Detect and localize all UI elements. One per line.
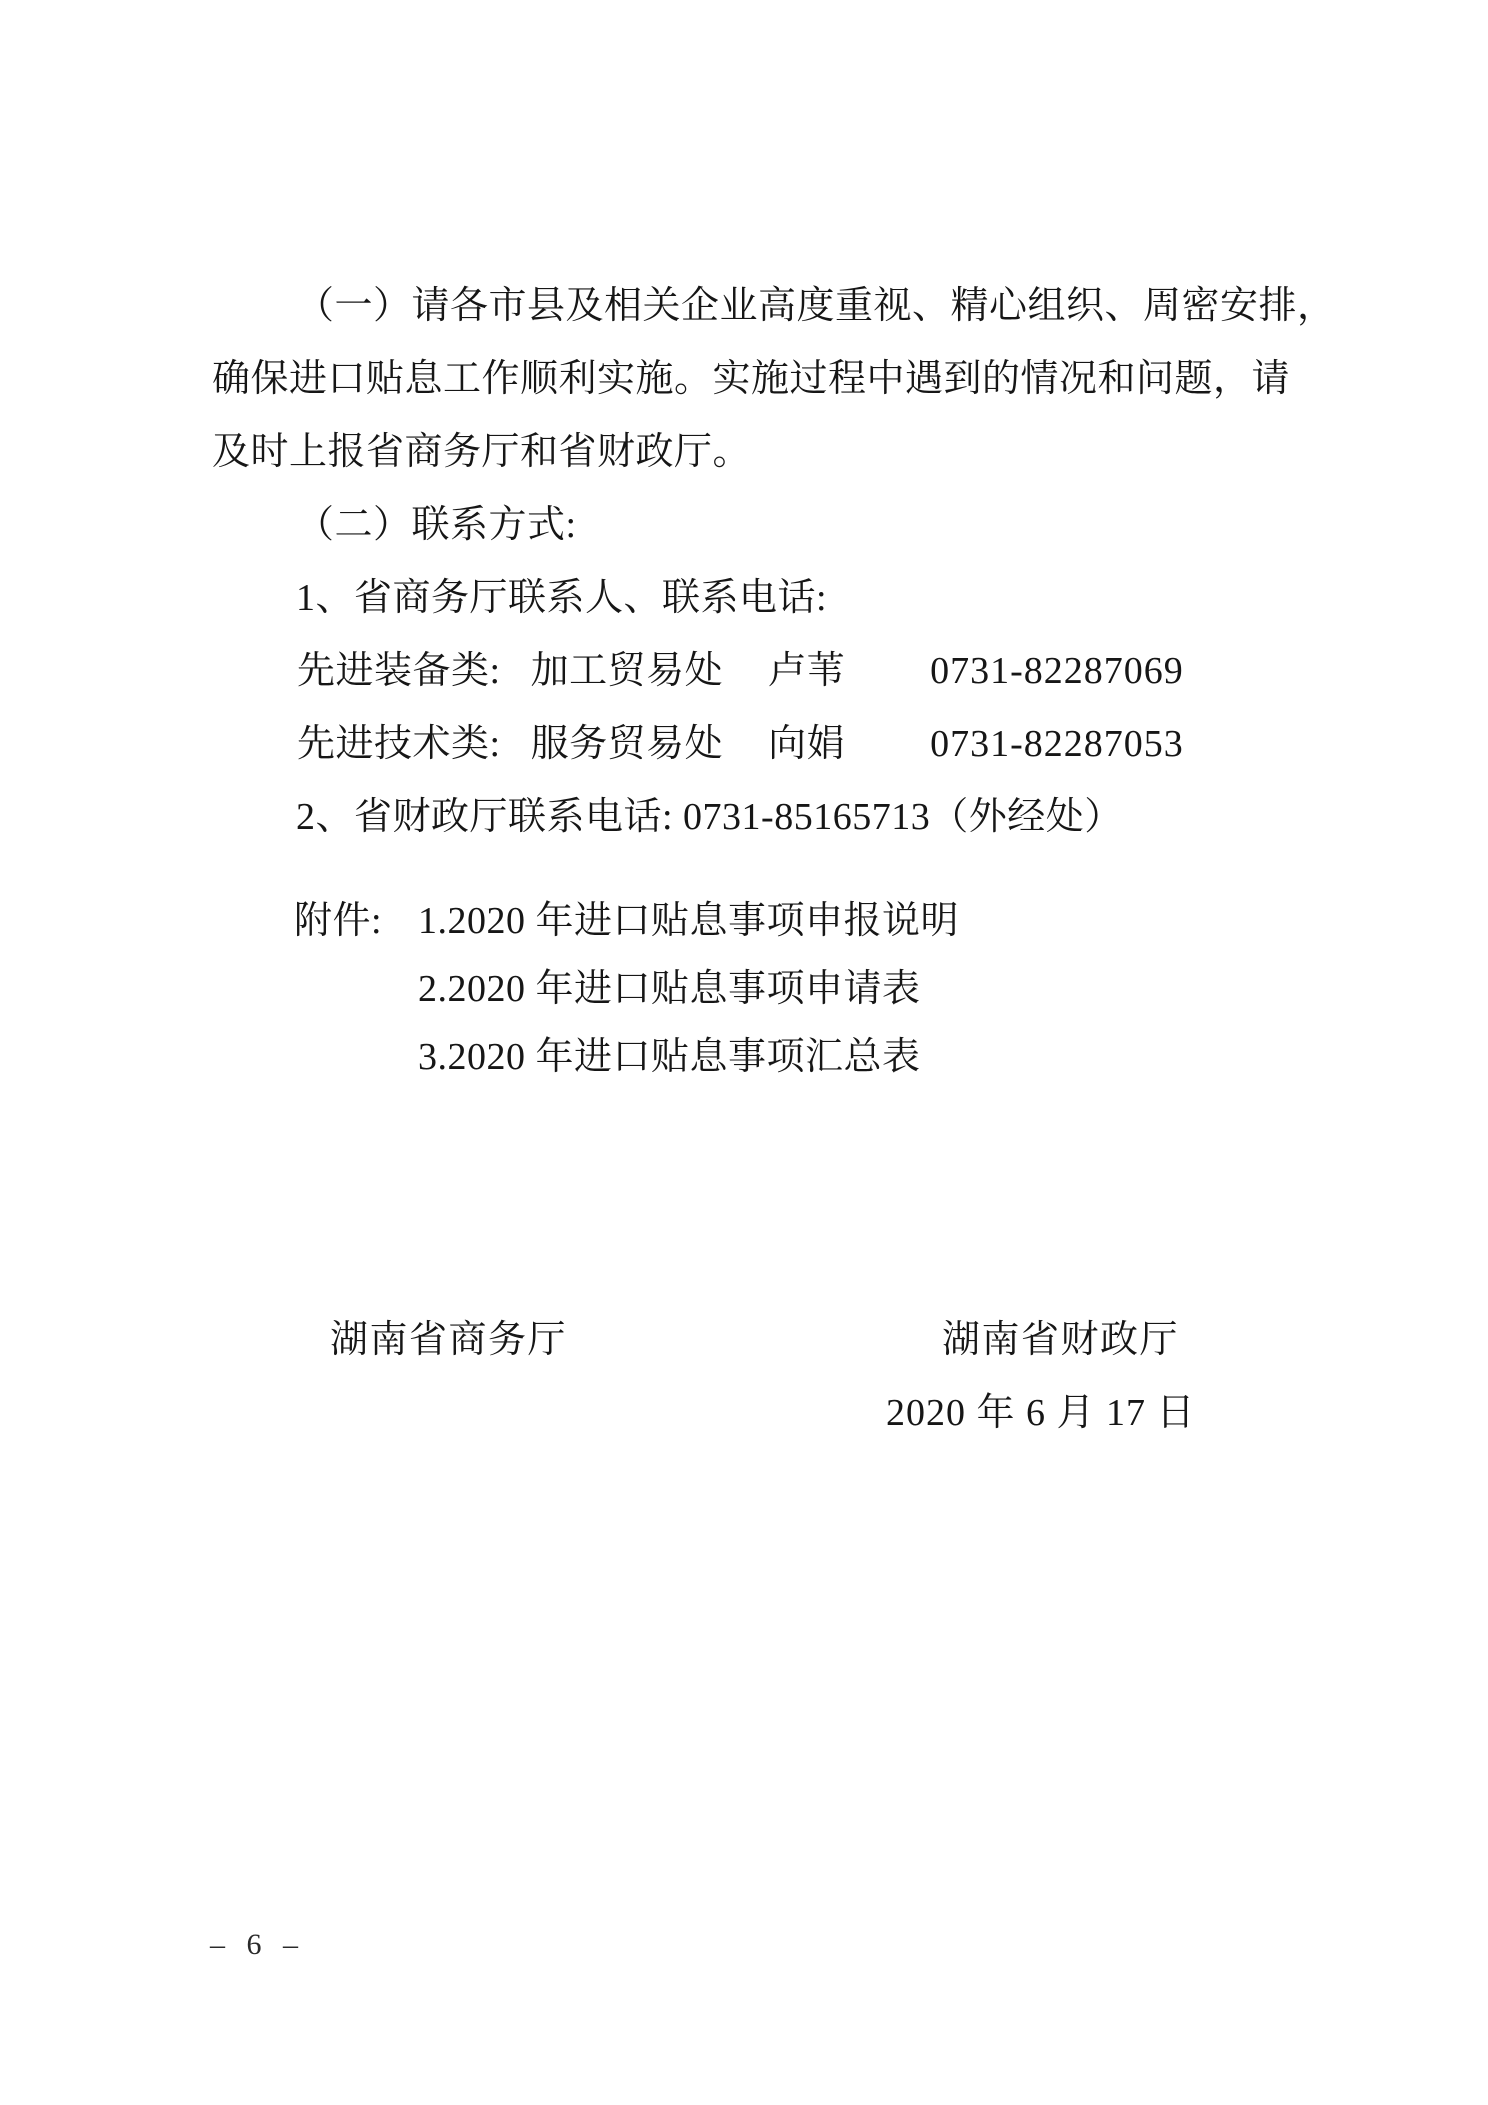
document-page: （一）请各市县及相关企业高度重视、精心组织、周密安排， 确保进口贴息工作顺利实施… <box>0 0 1488 2105</box>
paragraph-line-2: 确保进口贴息工作顺利实施。实施过程中遇到的情况和问题，请 <box>212 343 1324 416</box>
contact-row-equipment: 先进装备类:加工贸易处卢苇0731-82287069 <box>212 635 1324 708</box>
contact-person: 向娟 <box>768 723 845 765</box>
contact-phone: 0731-82287053 <box>930 723 1184 765</box>
attachment-item-1: 1.2020 年进口贴息事项申报说明 <box>418 900 959 942</box>
contact-category: 先进装备类: <box>297 650 501 692</box>
contact-category: 先进技术类: <box>297 723 501 765</box>
list-item-2: 2、省财政厅联系电话: 0731-85165713（外经处） <box>212 781 1324 854</box>
attachment-line-2: 2.2020 年进口贴息事项申请表 <box>212 955 1324 1023</box>
contact-department: 加工贸易处 <box>531 650 724 692</box>
contact-row-technology: 先进技术类:服务贸易处向娟0731-82287053 <box>212 708 1324 781</box>
attachment-item-2: 2.2020 年进口贴息事项申请表 <box>418 968 921 1010</box>
list-item-1: 1、省商务厅联系人、联系电话: <box>212 562 1324 635</box>
paragraph-line-1: （一）请各市县及相关企业高度重视、精心组织、周密安排， <box>212 270 1324 343</box>
signature-commerce-dept: 湖南省商务厅 <box>330 1318 567 1362</box>
paragraph-line-3: 及时上报省商务厅和省财政厅。 <box>212 416 1324 489</box>
contact-department: 服务贸易处 <box>531 723 724 765</box>
body-text-block: （一）请各市县及相关企业高度重视、精心组织、周密安排， 确保进口贴息工作顺利实施… <box>212 270 1324 854</box>
signature-finance-dept: 湖南省财政厅 <box>942 1318 1179 1362</box>
section-heading: （二）联系方式: <box>212 489 1324 562</box>
attachments-block: 附件:1.2020 年进口贴息事项申报说明 2.2020 年进口贴息事项申请表 … <box>212 887 1324 1091</box>
attachment-line-1: 附件:1.2020 年进口贴息事项申报说明 <box>212 887 1324 955</box>
contact-phone: 0731-82287069 <box>930 650 1184 692</box>
contact-person: 卢苇 <box>768 650 845 692</box>
signature-date: 2020 年 6 月 17 日 <box>886 1391 1196 1435</box>
page-number: – 6 – <box>210 1928 305 1962</box>
attachment-item-3: 3.2020 年进口贴息事项汇总表 <box>418 1036 921 1078</box>
attachment-line-3: 3.2020 年进口贴息事项汇总表 <box>212 1023 1324 1091</box>
attachments-label: 附件: <box>294 887 382 955</box>
